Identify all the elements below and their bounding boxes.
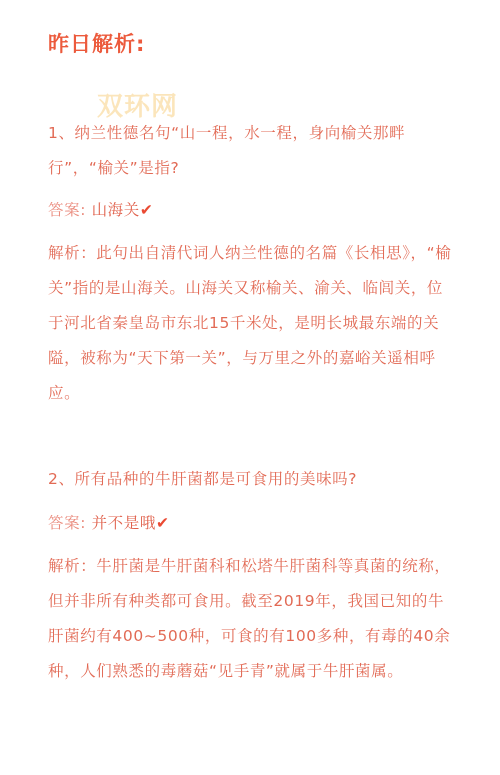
answer-1: 答案: 山海关✔ xyxy=(48,193,458,228)
answer-2: 答案: 并不是哦✔ xyxy=(48,506,458,541)
analysis-1: 解析：此句出自清代词人纳兰性德的名篇《长相思》，“榆关”指的是山海关。山海关又称… xyxy=(48,236,458,411)
answer-value: 并不是哦 xyxy=(92,514,156,532)
article-page: 昨日解析: 双环网 1、纳兰性德名句“山一程，水一程，身向榆关那畔行”，“榆关”… xyxy=(0,0,500,775)
analysis-2: 解析：牛肝菌是牛肝菌科和松塔牛肝菌科等真菌的统称，但并非所有种类都可食用。截至2… xyxy=(48,549,458,689)
answer-label: 答案: xyxy=(48,514,86,532)
answer-value: 山海关 xyxy=(92,201,140,219)
answer-label: 答案: xyxy=(48,201,86,219)
page-title: 昨日解析: xyxy=(48,28,145,58)
question-2: 2、所有品种的牛肝菌都是可食用的美味吗? xyxy=(48,462,458,497)
check-icon: ✔ xyxy=(140,201,154,219)
check-icon: ✔ xyxy=(156,514,170,532)
question-1: 1、纳兰性德名句“山一程，水一程，身向榆关那畔行”，“榆关”是指? xyxy=(48,116,458,186)
